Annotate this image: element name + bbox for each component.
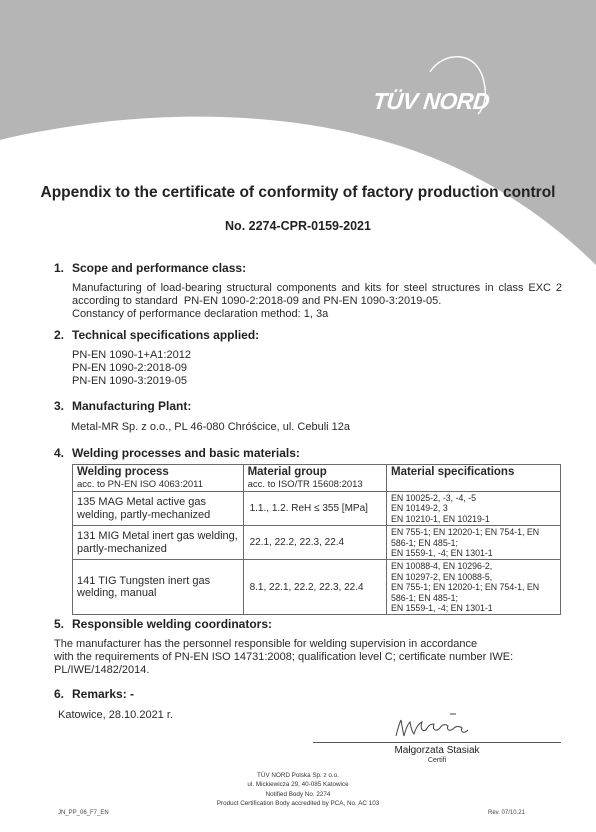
header-gray-swoosh [0, 0, 596, 832]
place-and-date: Katowice, 28.10.2021 r. [58, 709, 173, 722]
table-header-row: Welding process acc. to PN-EN ISO 4063:2… [73, 465, 561, 492]
table-row: 141 TIG Tungsten inert gas welding, manu… [73, 560, 561, 615]
signature-icon [392, 710, 472, 742]
footer-company: TÜV NORD Polska Sp. z o.o. [0, 772, 596, 779]
table-row: 131 MIG Metal inert gas welding, partly-… [73, 526, 561, 560]
manufacturing-plant-address: Metal-MR Sp. z o.o., PL 46-080 Chróścice… [71, 421, 350, 434]
certificate-number: No. 2274-CPR-0159-2021 [0, 219, 596, 233]
spec-item: PN-EN 1090-2:2018-09 [72, 362, 191, 375]
footer-notified-body: Notified Body No. 2274 [0, 791, 596, 798]
spec-item: PN-EN 1090-1+A1:2012 [72, 349, 191, 362]
header-material-group: Material group acc. to ISO/TR 15608:2013 [243, 465, 386, 492]
page-title: Appendix to the certificate of conformit… [0, 184, 596, 202]
tuv-nord-arc-icon [372, 52, 502, 122]
section-4-heading: 4.Welding processes and basic materials: [54, 446, 300, 460]
signer-role: Certifi [313, 757, 561, 764]
process-cell: 141 TIG Tungsten inert gas welding, manu… [73, 560, 244, 615]
revision: Rev. 07/10.21 [488, 810, 525, 816]
section-2-list: PN-EN 1090-1+A1:2012 PN-EN 1090-2:2018-0… [72, 349, 191, 389]
spec-cell: EN 755-1; EN 12020-1; EN 754-1, EN 586-1… [386, 526, 560, 560]
section-5-heading: 5.Responsible welding coordinators: [54, 617, 272, 631]
spec-cell: EN 10025-2, -3, -4, -5 EN 10149-2, 3 EN … [386, 492, 560, 526]
signature-line [313, 742, 561, 743]
process-cell: 131 MIG Metal inert gas welding, partly-… [73, 526, 244, 560]
form-code: JN_PP_06_F7_EN [58, 810, 109, 816]
section-6-heading: 6.Remarks: - [54, 687, 134, 701]
group-cell: 1.1., 1.2. ReH ≤ 355 [MPa] [243, 492, 386, 526]
group-cell: 8.1, 22.1, 22.2, 22.3, 22.4 [243, 560, 386, 615]
signer-name: Małgorzata Stasiak [313, 745, 561, 756]
section-5-text: The manufacturer has the personnel respo… [54, 638, 513, 678]
header-welding-process: Welding process acc. to PN-EN ISO 4063:2… [73, 465, 244, 492]
footer-address: ul. Mickiewicza 29, 40-085 Katowice [0, 781, 596, 788]
footer-accreditation: Product Certification Body accredited by… [0, 800, 596, 807]
group-cell: 22.1, 22.2, 22.3, 22.4 [243, 526, 386, 560]
spec-item: PN-EN 1090-3:2019-05 [72, 375, 191, 388]
spec-cell: EN 10088-4, EN 10296-2, EN 10297-2, EN 1… [386, 560, 560, 615]
welding-table: Welding process acc. to PN-EN ISO 4063:2… [72, 464, 561, 615]
section-1-text: Manufacturing of load-bearing structural… [72, 282, 562, 322]
header-material-specifications: Material specifications [386, 465, 560, 492]
section-2-heading: 2.Technical specifications applied: [54, 328, 259, 342]
section-3-heading: 3.Manufacturing Plant: [54, 399, 191, 413]
process-cell: 135 MAG Metal active gas welding, partly… [73, 492, 244, 526]
section-1-heading: 1.Scope and performance class: [54, 261, 246, 275]
table-row: 135 MAG Metal active gas welding, partly… [73, 492, 561, 526]
